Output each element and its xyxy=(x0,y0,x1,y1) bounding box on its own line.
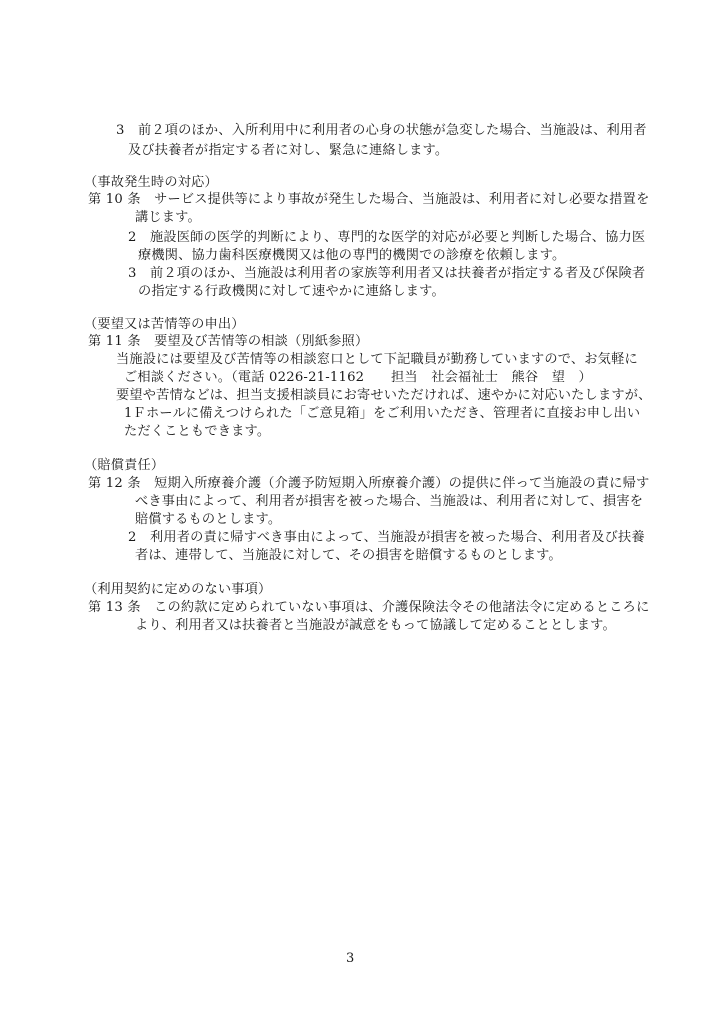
text-line: ただくこともできます。 xyxy=(124,423,270,441)
text-line: 療機関、協力歯科医療機関又は他の専門的機関での診療を依頼します。 xyxy=(138,247,565,265)
text-line: 2 利用者の責に帰すべき事由によって、当施設が損害を被った場合、利用者及び扶養 xyxy=(128,529,645,547)
text-line: 3 前２項のほか、入所利用中に利用者の心身の状態が急変した場合、当施設は、利用者 xyxy=(116,122,647,140)
text-line: 及び扶養者が指定する者に対し、緊急に連絡します。 xyxy=(128,142,448,160)
text-line: べき事由によって、利用者が損害を被った場合、当施設は、利用者に対して、損害を xyxy=(135,493,643,511)
text-line: （要望又は苦情等の申出） xyxy=(84,316,245,334)
text-line: 当施設には要望及び苦情等の相談窓口として下記職員が勤務していますので、お気軽に xyxy=(116,351,638,369)
text-line: （事故発生時の対応） xyxy=(84,174,218,192)
text-line: の指定する行政機関に対して速やかに連絡します。 xyxy=(138,283,445,301)
text-line: 講じます。 xyxy=(135,209,201,227)
text-line: 第 12 条 短期入所療養介護（介護予防短期入所療養介護）の提供に伴って当施設の… xyxy=(88,475,649,493)
text-line: 要望や苦情などは、担当支援相談員にお寄せいただければ、速やかに対応いたしますが、 xyxy=(116,387,652,405)
text-line: ご相談ください。（電話 0226-21-1162 担当 社会福祉士 熊谷 望 ） xyxy=(124,369,592,387)
text-line: 2 施設医師の医学的判断により、専門的な医学的対応が必要と判断した場合、協力医 xyxy=(128,229,645,247)
text-line: 1Ｆホールに備えつけられた「ご意見箱」をご利用いただき、管理者に直接お申し出い xyxy=(124,405,640,423)
text-line: 第 13 条 この約款に定められていない事項は、介護保険法令その他諸法令に定める… xyxy=(88,599,649,617)
text-line: 賠償するものとします。 xyxy=(135,511,281,529)
text-line: 第 11 条 要望及び苦情等の相談（別紙参照） xyxy=(88,333,368,351)
text-line: 3 前２項のほか、当施設は利用者の家族等利用者又は扶養者が指定する者及び保険者 xyxy=(128,265,645,283)
text-line: 第 10 条 サービス提供等により事故が発生した場合、当施設は、利用者に対し必要… xyxy=(88,191,649,209)
text-line: 者は、連帯して、当施設に対して、その損害を賠償するものとします。 xyxy=(135,547,562,565)
text-line: より、利用者又は扶養者と当施設が誠意をもって協議して定めることとします。 xyxy=(135,617,616,635)
text-line: （利用契約に定めのない事項） xyxy=(84,581,271,599)
page-number: 3 xyxy=(346,951,354,966)
text-line: （賠償責任） xyxy=(84,457,164,475)
